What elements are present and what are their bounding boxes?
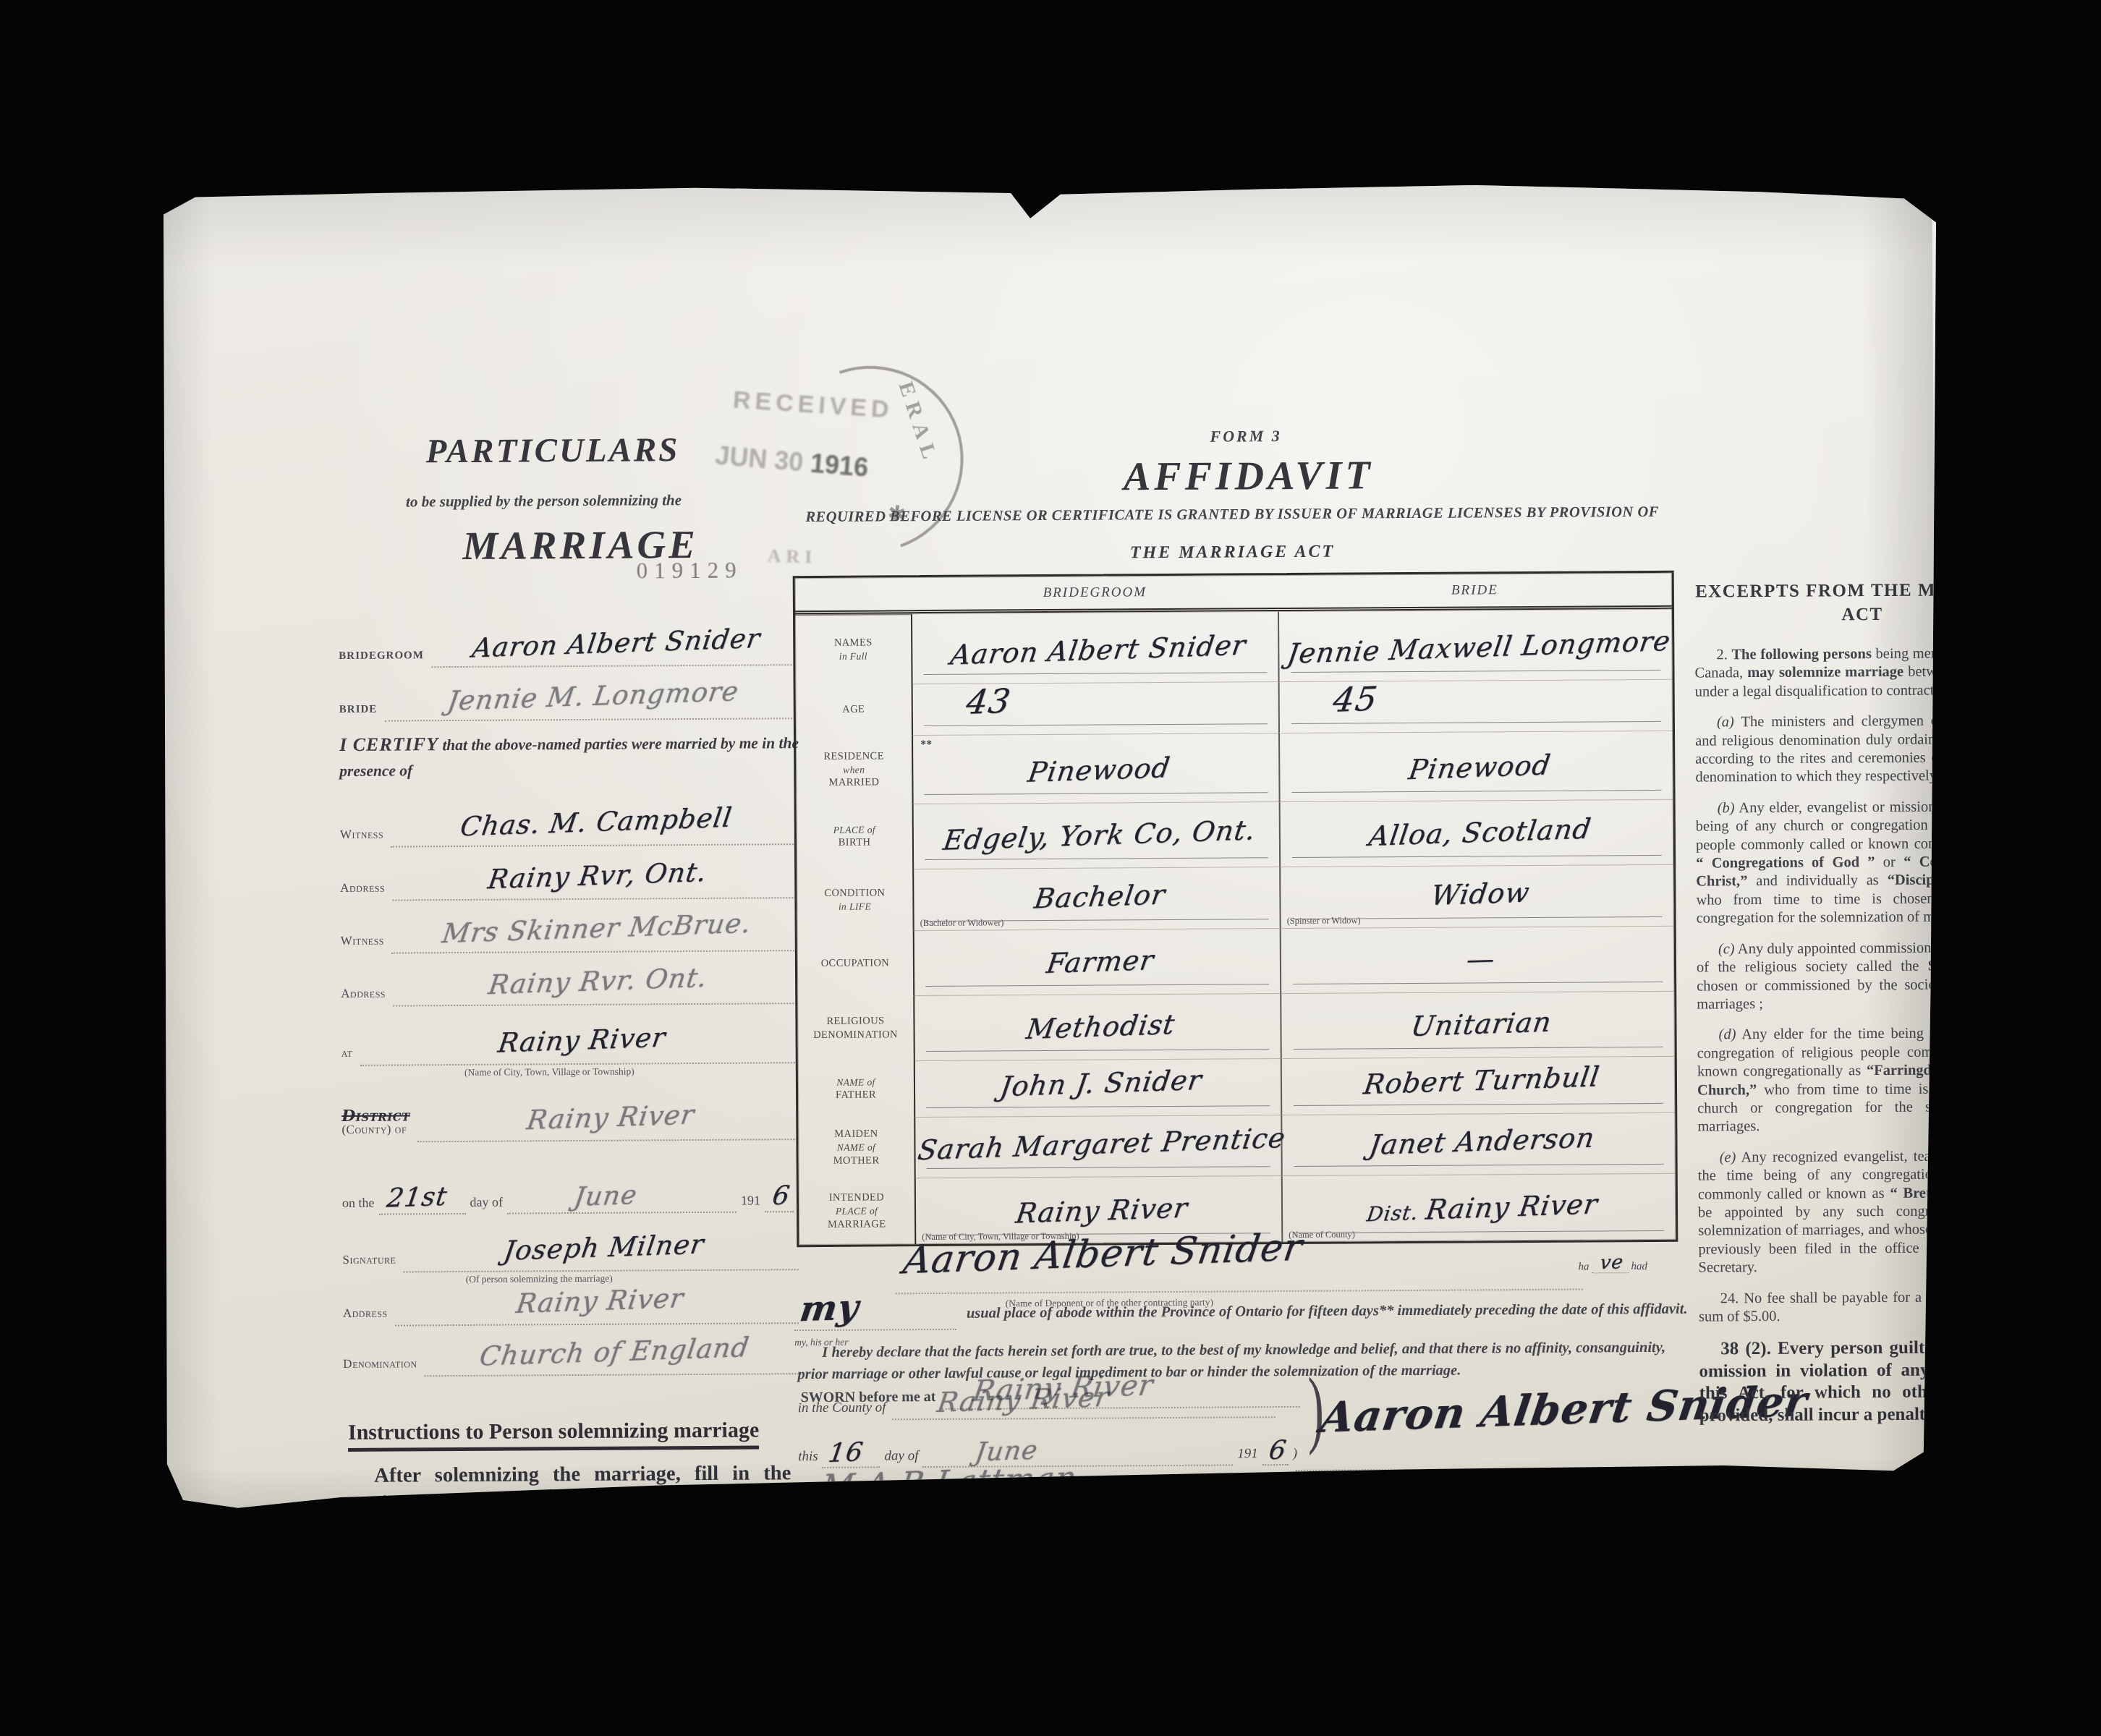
photo-background: ERAL RECEIVED JUN 30 1916 ✱ ARI PARTICUL… [0,0,2101,1736]
serial-number: 019129 [637,558,743,584]
cell-handwriting: Pinewood [914,748,1285,792]
this-year-prefix: 191 [1237,1446,1258,1465]
bride-cell-8: Robert Turnbull [1281,1056,1675,1115]
left-row-witness: WitnessChas. M. Campbell [339,788,795,848]
cell-hint: (Bachelor or Widower) [920,917,1004,929]
bridegroom-cell-1: Aaron Albert Snider [912,611,1278,684]
text-run: and individually as [1747,872,1887,889]
cell-handwriting: Farmer [914,940,1286,984]
cell-baseline [1294,1047,1663,1050]
field-handwriting: Chas. M. Campbell [391,799,802,844]
text-run: 24. No fee shall be payable for a licens… [1699,1288,2034,1324]
my-line [794,1329,956,1331]
row-label-line: NAME of [837,1141,876,1154]
cell-baseline [925,792,1268,795]
text-run: 2. [1716,647,1731,663]
excerpt-paragraph: (e) Any recognized evangelist, teacher o… [1698,1146,2034,1277]
affidavit-title: AFFIDAVIT [1124,452,1374,500]
ve-field: ve [1592,1272,1629,1273]
bridegroom-cell-6: Farmer [914,928,1281,995]
row-label-line: in Full [839,650,867,663]
date-day-handwriting: 21st [385,1182,449,1214]
date-year-field: 6 [765,1211,794,1212]
cell-baseline [924,723,1268,726]
text-run: “ Brethren,” [1890,1185,1971,1201]
bride-cell-7: Unitarian [1280,991,1675,1058]
cell-baseline [925,857,1268,860]
field-line: Rainy River [360,1005,797,1066]
field-handwriting: Rainy River [417,1095,804,1139]
field-line: Joseph Milner [403,1212,799,1272]
row-label: NAMESin Full [795,613,913,684]
cell-baseline [926,1049,1270,1052]
row-label: CONDITIONin LIFE [797,869,914,931]
row-label-line: FATHER [836,1089,876,1102]
bride-cell-9: Janet Anderson [1281,1112,1676,1175]
field-label: at [341,1046,353,1066]
date-mid: day of [470,1195,503,1214]
document-paper: ERAL RECEIVED JUN 30 1916 ✱ ARI PARTICUL… [164,185,1936,1515]
text-run: See “Excerpts.” [561,1571,700,1594]
bridegroom-cell-8: John J. Snider [915,1058,1281,1117]
text-run: (d) [1719,1027,1736,1043]
instructions-heading: Instructions to Person solemnizing marri… [348,1418,760,1451]
footnote-consent: *If either of the parties is under the l… [799,1546,1739,1585]
row-label-line: RESIDENCE [823,749,883,763]
cell-handwriting: Dist.Rainy River [1283,1186,1682,1231]
certify-strong: I CERTIFY [339,733,438,755]
text-run: may solemnize [1747,665,1841,681]
cell-handwriting: Unitarian [1282,1002,1681,1047]
field-handwriting: Joseph Milner [403,1225,805,1270]
row-label: RELIGIOUSDENOMINATION [797,995,915,1061]
cell-handwriting: Rainy River [916,1188,1287,1233]
row-label-line: OCCUPATION [821,956,890,970]
text-run: to the REGISTRAR GENERAL, Parliament Bui… [344,1516,791,1596]
my-handwriting: my [797,1287,862,1329]
deponent-signature-line [1296,1468,1676,1471]
certify-statement: I CERTIFY that the above-named parties w… [339,728,808,784]
issuer-place-line [1427,1517,1676,1520]
field-handwriting: Aaron Albert Snider [431,621,801,665]
cell-baseline [1294,1164,1663,1167]
row-label-line: BIRTH [839,836,871,850]
left-field-rows: BRIDEGROOMAaron Albert SniderBRIDEJennie… [159,180,1932,191]
row-label: RESIDENCEwhenMARRIED [796,735,914,804]
field-hint: (Name of City, Town, Village or Township… [464,1066,634,1078]
field-label: District(County) of [341,1106,410,1143]
county-line: in the County of Rainy River [797,1361,1275,1421]
marriage-date-line: on the 21st day of June 191 6 [342,1156,798,1215]
struck-handwriting: District [341,1106,410,1126]
bride-cell-3: Pinewood [1278,731,1673,801]
cell-handwriting: John J. Snider [915,1061,1286,1105]
had-text: had [1631,1261,1647,1273]
stamp-arc2-text: ARI [767,545,818,569]
excerpt-paragraph: 24. No fee shall be payable for a licens… [1699,1288,2034,1327]
cell-baseline [1292,855,1661,858]
left-row-at: atRainy River(Name of City, Town, Villag… [341,1007,797,1066]
row-label-line: MARRIAGE [828,1217,886,1231]
text-run: who from time to time is chosen by any s… [1696,890,2032,927]
text-run: The ministers and clergymen of every chu… [1695,712,2031,786]
row-label: OCCUPATION [797,930,915,996]
text-run: marriage [1845,664,1903,680]
bride-cell-6: — [1280,926,1675,993]
cell-baseline [1292,790,1661,793]
marriage-act-line: THE MARRIAGE ACT [1008,542,1456,564]
row-label-line: CONDITION [824,887,885,901]
bride-cell-10: Dist.Rainy River(Name of County) [1281,1173,1676,1242]
text-run: Any elder for the time being of the chur… [1697,1025,2033,1080]
left-row-denomination: DenominationChurch of England [343,1318,799,1377]
abode-line: usual place of abode within the Province… [967,1301,1688,1322]
left-row-signature: SignatureJoseph Milner(Of person solemni… [342,1214,798,1273]
left-row-witness: WitnessMrs Skinner McBrue. [340,895,796,954]
text-run: After solemnizing the marriage, fill in … [344,1462,791,1514]
text-run: “Disciples of Christ,” [1888,872,2032,888]
deponent-name-line [896,1289,1583,1295]
this-year-handwriting: 6 [1267,1435,1289,1465]
field-line: Rainy River [417,1082,798,1142]
text-run: (e) [1720,1149,1736,1165]
row-label-line: NAME of [836,1076,875,1089]
field-line: Rainy Rvr. Ont. [393,946,797,1006]
form-note: (NOTE.—This form will be varied as the c… [892,1621,1659,1638]
bride-cell-5: Widow(Spinster or Widow) [1279,864,1674,928]
left-row-bridegroom: BRIDEGROOMAaron Albert Snider [339,609,794,668]
row-label-line: when [843,763,865,776]
row-label-line: MARRIED [829,776,880,790]
excerpts-heading: EXCERPTS FROM THE MARRIAGE ACT [1694,579,2030,628]
bridegroom-cell-7: Methodist [914,993,1281,1060]
received-stamp: ERAL RECEIVED JUN 30 1916 ✱ ARI [700,353,954,570]
row-label-line: AGE [842,703,865,717]
cell-handwriting: Robert Turnbull [1282,1058,1681,1104]
row-label: MAIDENNAME ofMOTHER [798,1117,916,1178]
cell-handwriting: Janet Anderson [1283,1119,1682,1165]
left-row-bride: BRIDEJennie M. Longmore [339,663,794,722]
field-line: Chas. M. Campbell [391,787,796,847]
stamp-date-year: 1916 [810,448,870,482]
row-label: INTENDEDPLACE ofMARRIAGE [799,1178,917,1245]
left-row-address: AddressRainy Rvr, Ont. [340,842,796,901]
excerpt-paragraph: (b) Any elder, evangelist or missionary … [1696,798,2032,929]
cell-baseline [925,984,1269,987]
bridegroom-header: BRIDEGROOM [912,575,1278,613]
text-run: Any duly appointed commissioner or staff… [1697,939,2032,975]
field-line: Jennie M. Longmore [384,661,795,721]
date-prefix: on the [342,1196,375,1215]
field-handwriting: Church of England [425,1330,805,1374]
cell-handwriting: Methodist [915,1005,1286,1049]
field-handwriting: Rainy Rvr, Ont. [392,854,802,898]
this-year-close: ) [1293,1446,1297,1465]
row-label-line: RELIGIOUS [826,1015,884,1029]
text-run: chosen or commissioned by the society to… [1697,976,2032,1012]
excerpts-column: EXCERPTS FROM THE MARRIAGE ACT 2. The fo… [1694,579,2035,1439]
issuer-label: Issuer of Marriage Licenses at [1175,1500,1344,1517]
excerpt-paragraph: 38 (2). Every person guilty of an act or… [1699,1337,2035,1427]
form-number: FORM 3 [1210,427,1281,446]
excerpts-body: 2. The following persons being men and r… [1694,644,2035,1427]
deponent-signature-hint: (Signature of Deponent.) [1426,1476,1524,1488]
text-run: 38 (2). Every person guilty of an act or… [1699,1337,2034,1425]
text-run: Salvation Army [1928,958,2033,974]
field-label: BRIDE [339,704,378,722]
issuer-signature-handwriting: M A B Lattman [819,1460,1079,1505]
text-run: (c) [1718,941,1735,957]
bride-cell-4: Alloa, Scotland [1279,799,1674,867]
cell-baseline [1291,721,1660,724]
cell-baseline [926,1105,1270,1108]
affidavit-table: BRIDEGROOMBRIDENAMESin FullAaron Albert … [793,571,1678,1247]
county-handwriting: Rainy River [935,1381,1111,1418]
row-label-line: DENOMINATION [813,1028,898,1042]
row-label-line: MAIDEN [834,1128,878,1141]
row-label: PLACE ofBIRTH [797,804,914,869]
bridegroom-cell-2: 43 [913,681,1278,735]
text-run: forthwith [708,1489,791,1512]
row-label-line: in LIFE [839,901,871,914]
field-handwriting: Jennie M. Longmore [384,673,801,718]
excerpt-paragraph: (c) Any duly appointed commissioner or s… [1697,938,2033,1013]
ve-handwriting: ve [1599,1251,1625,1274]
row-label: NAME ofFATHER [798,1060,915,1118]
text-run: ) [700,1571,707,1594]
particulars-title: PARTICULARS [425,430,679,471]
instructions-footer: Be sure to sign the above and give addre… [385,1565,761,1587]
cell-baseline [927,1166,1270,1169]
cell-handwriting: Sarah Margaret Prentice [916,1122,1287,1166]
text-run: (a) [1717,714,1734,730]
field-handwriting: Rainy Rvr. Ont. [393,959,803,1004]
footnote-residency: **If neither of the parties has resided … [799,1580,1739,1618]
document-content: ERAL RECEIVED JUN 30 1916 ✱ ARI PARTICUL… [159,180,1940,1520]
field-handwriting: Mrs Skinner McBrue. [391,906,802,950]
row-label-line: PLACE of [833,823,875,836]
text-run: or [1875,854,1903,870]
excerpt-paragraph: 2. The following persons being men and r… [1694,644,2030,702]
text-run: Any recognized evangelist, teacher or el… [1698,1147,2034,1202]
issuer-place-handwriting: Rainy Rivr [1448,1470,1600,1505]
this-year-field: 6 [1262,1464,1289,1465]
text-run: (b) [1718,800,1735,816]
cell-handwriting: Bachelor [914,875,1286,919]
field-handwriting: Rainy River [360,1017,803,1063]
instructions-body: After solemnizing the marriage, fill in … [344,1460,791,1599]
pen-mark [1982,1512,2004,1555]
field-label: Address [341,987,386,1007]
text-run: Any elder, evangelist or missionary for … [1696,799,2032,854]
field-line: Mrs Skinner McBrue. [391,893,797,953]
this-day-handwriting: 16 [827,1437,866,1468]
row-label-line: MOTHER [833,1154,880,1167]
ha-text: ha [1578,1261,1589,1273]
bridegroom-cell-9: Sarah Margaret Prentice [915,1115,1281,1178]
issuer-signature-hint: (Signature of Issuer) [899,1528,979,1541]
bride-header: BRIDE [1278,573,1672,611]
left-row--county-of: District(County) ofRainy River [341,1084,797,1143]
cell-baseline [1294,1103,1663,1106]
cell-prefix: Dist. [1365,1201,1420,1226]
bridegroom-cell-3: Pinewood** [913,733,1279,804]
cell-handwriting: Pinewood [1280,745,1679,791]
this-label: this [798,1449,818,1468]
cell-handwriting: — [1281,937,1681,982]
issuer-address-hint: (Address of Issuer) [1514,1524,1589,1536]
cell-handwriting: Edgely, York Co, Ont. [914,813,1285,857]
row-label-line: PLACE of [836,1205,878,1218]
date-year-prefix: 191 [741,1193,760,1212]
cell-baseline [1293,982,1662,984]
field-line: Aaron Albert Snider [430,608,794,668]
text-run: “ Congregations of God ” [1696,854,1875,872]
left-row-address: AddressRainy Rvr. Ont. [341,948,797,1007]
row-label-line: INTENDED [829,1191,885,1205]
date-year-handwriting: 6 [771,1181,792,1212]
issuer-signature-line [797,1520,1159,1523]
cell-hint: (Spinster or Widow) [1287,915,1361,927]
row-label: AGE [796,684,913,736]
cell-handwriting: Jennie Maxwell Longmore [1279,625,1678,671]
date-month-handwriting: June [572,1180,639,1212]
field-line: Rainy Rvr, Ont. [392,841,797,901]
bride-cell-2: 45 [1278,679,1673,733]
excerpt-paragraph: (a) The ministers and clergymen of every… [1695,712,2032,787]
excerpt-paragraph: (d) Any elder for the time being of the … [1697,1024,2034,1136]
cell-handwriting: Widow [1281,872,1681,917]
field-label: Denomination [343,1356,417,1377]
cell-note: ** [920,739,932,752]
ha-ve-had: ha ve had [1578,1261,1647,1274]
bridegroom-cell-4: Edgely, York Co, Ont. [914,801,1280,869]
field-line: Church of England [424,1316,799,1377]
row-label-line: NAMES [834,637,873,650]
text-run: The following persons [1731,646,1872,663]
cell-handwriting: Aaron Albert Snider [912,628,1283,672]
cell-handwriting: Alloa, Scotland [1281,810,1680,856]
table-corner [795,577,912,614]
bridegroom-cell-5: Bachelor(Bachelor or Widower) [914,867,1280,930]
particulars-subtitle: to be supplied by the person solemnizing… [406,491,682,511]
